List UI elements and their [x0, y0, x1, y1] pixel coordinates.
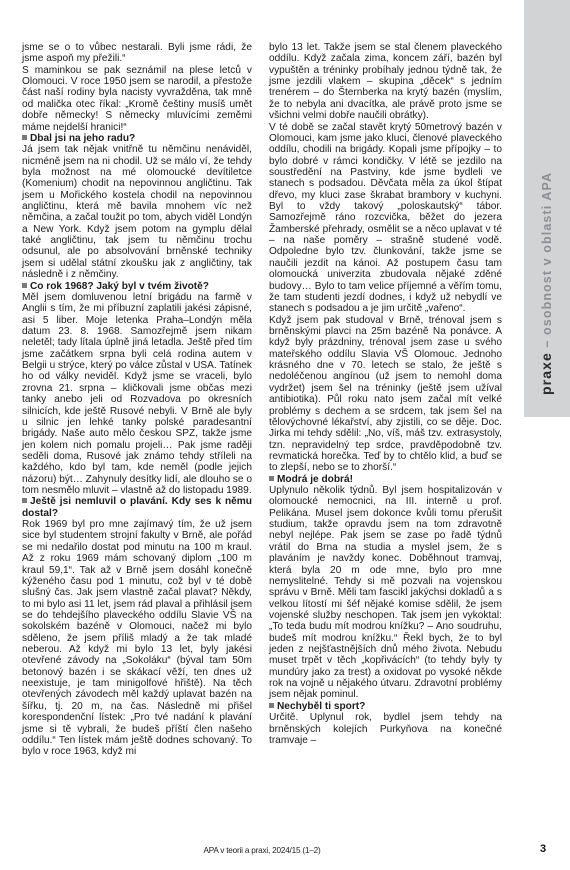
square-bullet-icon: [22, 135, 27, 140]
interview-question: Co rok 1968? Jaký byl v tvém životě?: [22, 281, 252, 292]
interview-question: Modrá je dobrá!: [269, 474, 502, 485]
paragraph: jsme se o to vůbec nestarali. Byli jsme …: [22, 42, 252, 65]
section-separator: –: [540, 335, 554, 352]
section-subtitle: osobnost v oblasti APA: [540, 172, 554, 335]
paragraph: Uplynulo několik týdnů. Byl jsem hospita…: [269, 485, 502, 701]
square-bullet-icon: [269, 476, 274, 481]
square-bullet-icon: [269, 703, 274, 708]
interview-question: Ještě jsi nemluvil o plavání. Kdy ses k …: [22, 496, 252, 519]
section-name: praxe: [538, 352, 554, 395]
section-tab-label: praxe – osobnost v oblasti APA: [538, 172, 554, 395]
interview-question: Nechyběl ti sport?: [269, 701, 502, 712]
paragraph: V té době se začal stavět krytý 50metrov…: [269, 122, 502, 315]
paragraph: Rok 1969 byl pro mne zajímavý tím, že už…: [22, 519, 252, 758]
paragraph: Když jsem pak studoval v Brně, trénoval …: [269, 315, 502, 474]
paragraph: Já jsem tak nějak vnitřně tu němčinu nen…: [22, 144, 252, 280]
interview-question: Dbal jsi na jeho radu?: [22, 133, 252, 144]
left-column: jsme se o to vůbec nestarali. Byli jsme …: [22, 42, 252, 758]
section-side-tab: praxe – osobnost v oblasti APA: [524, 0, 570, 417]
paragraph: Měl jsem domluvenou letní brigádu na far…: [22, 292, 252, 496]
paragraph: S maminkou se pak seznámil na plese letc…: [22, 65, 252, 133]
square-bullet-icon: [22, 498, 27, 503]
paragraph: Určitě. Uplynul rok, bydlel jsem tehdy n…: [269, 712, 502, 746]
page-number: 3: [540, 843, 546, 855]
paragraph: bylo 13 let. Takže jsem se stal členem p…: [269, 42, 502, 122]
journal-citation: APA v teorii a praxi, 2024/15 (1–2): [0, 846, 524, 855]
square-bullet-icon: [22, 283, 27, 288]
right-column: bylo 13 let. Takže jsem se stal členem p…: [269, 42, 502, 746]
